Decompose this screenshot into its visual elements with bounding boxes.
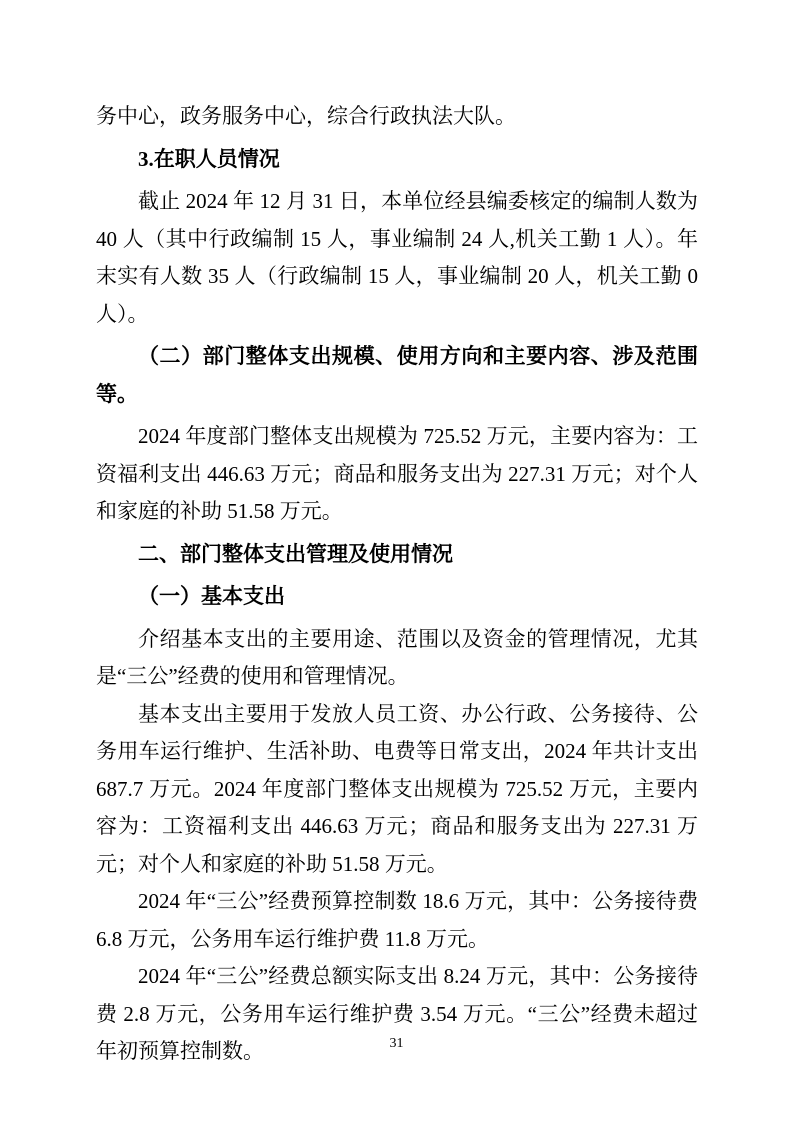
paragraph-basic-expenditure-detail: 基本支出主要用于发放人员工资、办公行政、公务接待、公务用车运行维护、生活补助、电…: [96, 696, 698, 884]
page-text-body: 务中心，政务服务中心，综合行政执法大队。 3.在职人员情况 截止 2024 年 …: [96, 98, 698, 1071]
paragraph-sangong-budget-control: 2024 年“三公”经费预算控制数 18.6 万元，其中：公务接待费 6.8 万…: [96, 883, 698, 958]
paragraph-staffing-numbers: 截止 2024 年 12 月 31 日，本单位经县编委核定的编制人数为 40 人…: [96, 183, 698, 333]
heading-overall-expenditure-scope: （二）部门整体支出规模、使用方向和主要内容、涉及范围等。: [96, 338, 698, 413]
document-page: 务中心，政务服务中心，综合行政执法大队。 3.在职人员情况 截止 2024 年 …: [0, 0, 793, 1122]
heading-staff-situation: 3.在职人员情况: [96, 141, 698, 179]
paragraph-sangong-actual-spend: 2024 年“三公”经费总额实际支出 8.24 万元，其中：公务接待费 2.8 …: [96, 958, 698, 1071]
heading-basic-expenditure: （一）基本支出: [96, 578, 698, 616]
heading-expenditure-management: 二、部门整体支出管理及使用情况: [96, 536, 698, 574]
paragraph-overall-expenditure-2024: 2024 年度部门整体支出规模为 725.52 万元，主要内容为：工资福利支出 …: [96, 418, 698, 531]
page-number: 31: [0, 1036, 793, 1052]
paragraph-continuation-agencies: 务中心，政务服务中心，综合行政执法大队。: [96, 98, 698, 136]
paragraph-basic-expenditure-intro: 介绍基本支出的主要用途、范围以及资金的管理情况，尤其是“三公”经费的使用和管理情…: [96, 621, 698, 696]
